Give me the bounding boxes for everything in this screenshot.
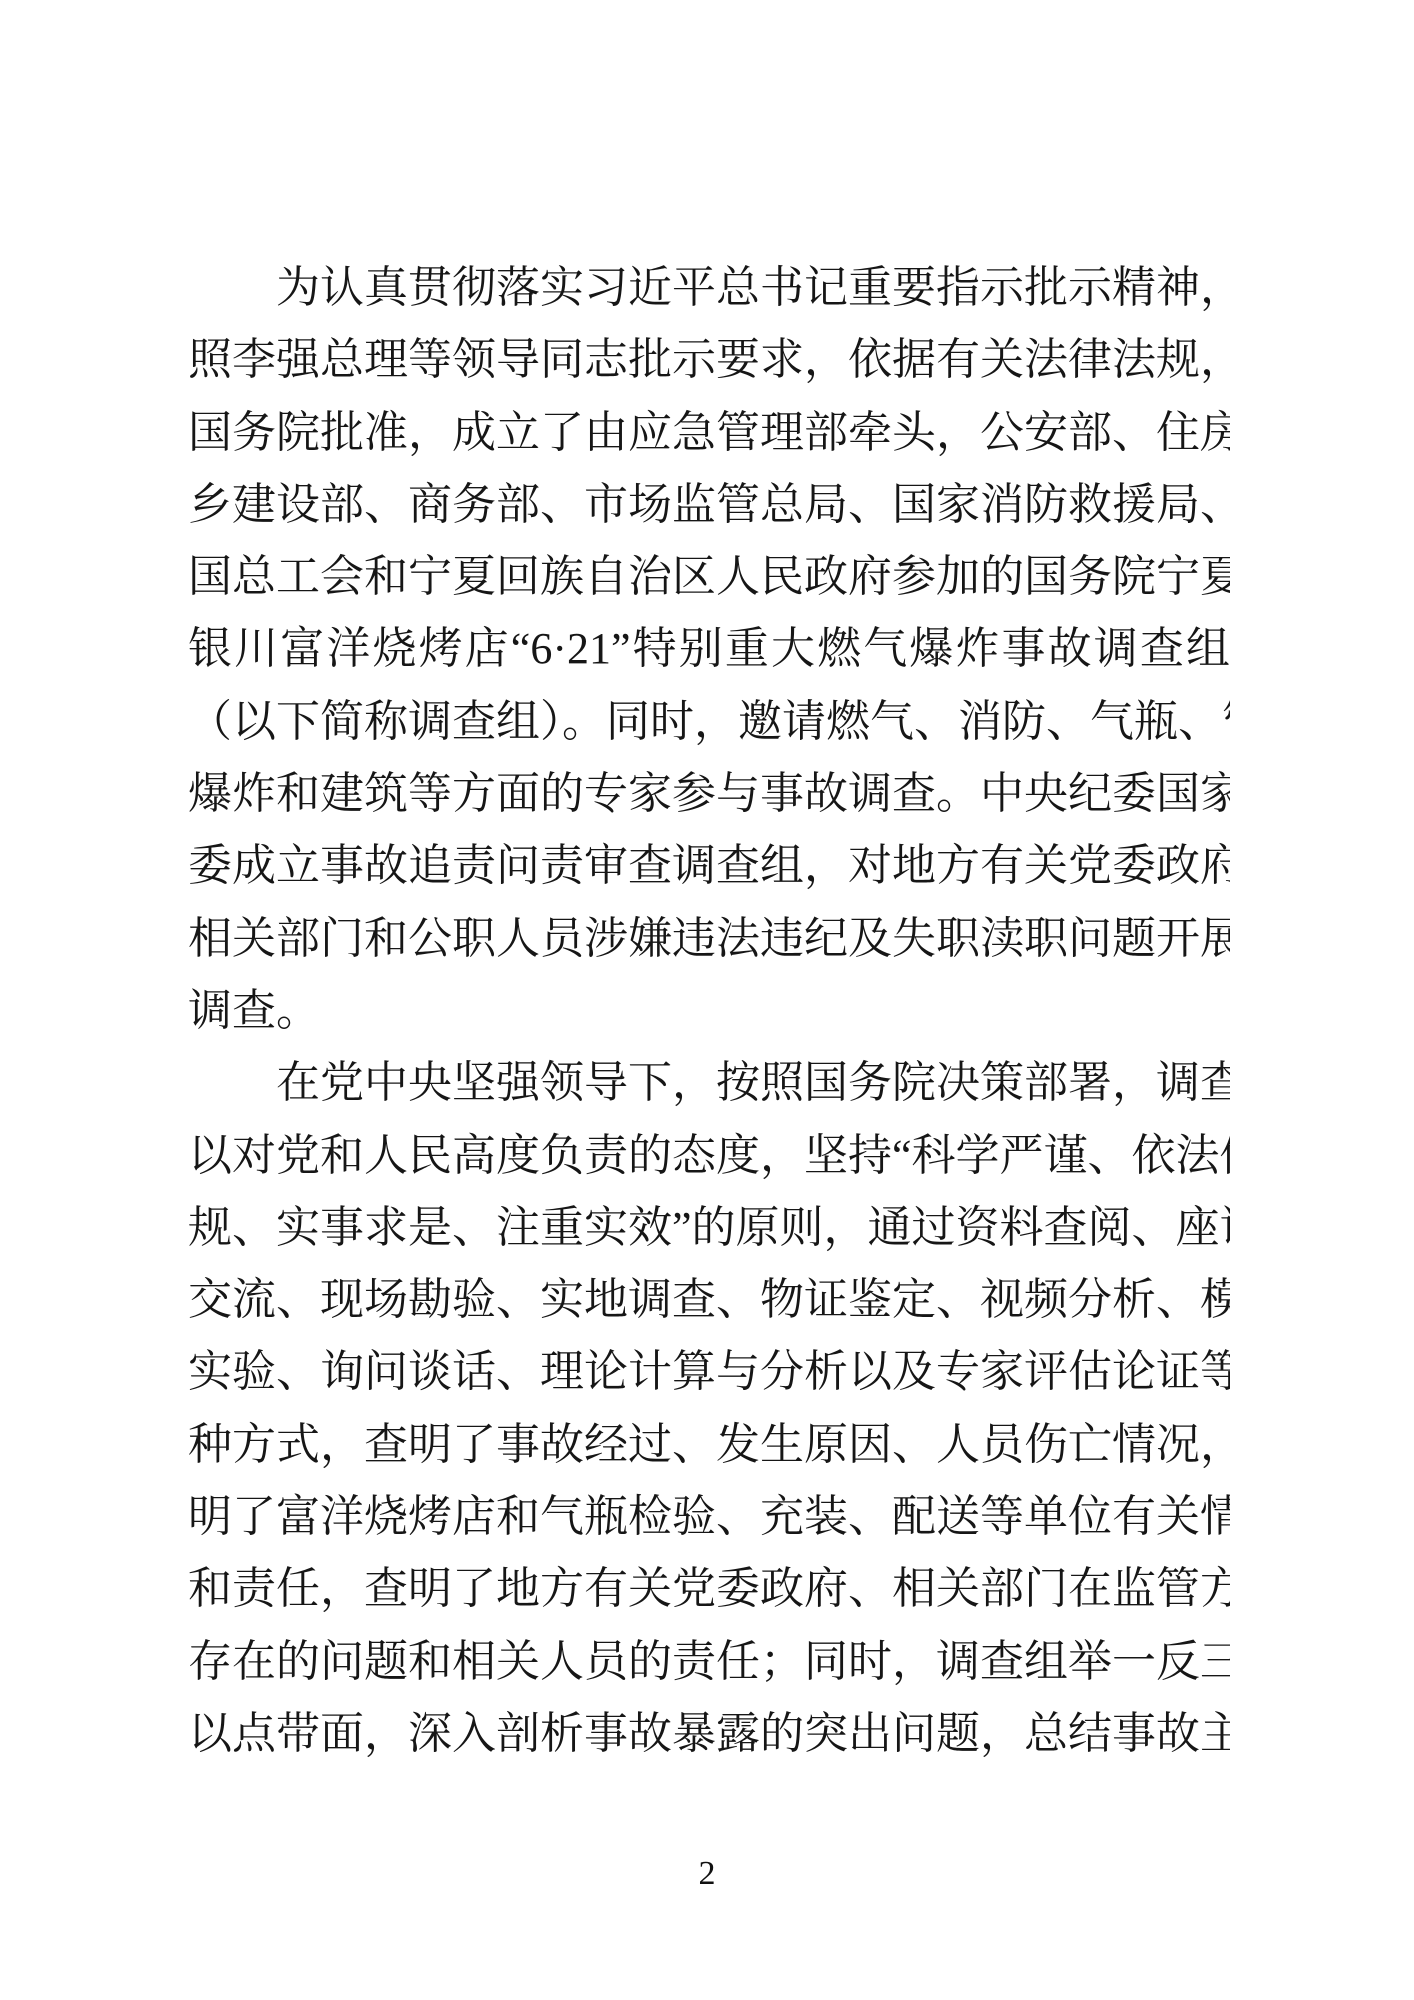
text-line: 明了富洋烧烤店和气瓶检验、充装、配送等单位有关情况 [188, 1481, 1230, 1553]
text-line: 交流、现场勘验、实地调查、物证鉴定、视频分析、模拟 [188, 1264, 1230, 1336]
text-line: 以对党和人民高度负责的态度，坚持“科学严谨、依法依 [188, 1120, 1230, 1192]
text-line: 为认真贯彻落实习近平总书记重要指示批示精神，按 [188, 252, 1230, 324]
text-line: 规、实事求是、注重实效”的原则，通过资料查阅、座谈 [188, 1192, 1230, 1264]
text-line: 国务院批准，成立了由应急管理部牵头，公安部、住房城 [188, 397, 1230, 469]
text-line: 种方式，查明了事故经过、发生原因、人员伤亡情况，查 [188, 1409, 1230, 1481]
text-line: 调查。 [188, 975, 1230, 1047]
text-line: 在党中央坚强领导下，按照国务院决策部署，调查组 [188, 1047, 1230, 1119]
text-block: 为认真贯彻落实习近平总书记重要指示批示精神，按 照李强总理等领导同志批示要求，依… [188, 252, 1230, 1770]
text-line: （以下简称调查组）。同时，邀请燃气、消防、气瓶、管阀、 [188, 686, 1230, 758]
text-line: 国总工会和宁夏回族自治区人民政府参加的国务院宁夏 [188, 541, 1230, 613]
text-line: 以点带面，深入剖析事故暴露的突出问题，总结事故主要 [188, 1698, 1230, 1770]
text-line: 存在的问题和相关人员的责任；同时，调查组举一反三、 [188, 1626, 1230, 1698]
text-line: 相关部门和公职人员涉嫌违法违纪及失职渎职问题开展 [188, 903, 1230, 975]
text-line: 爆炸和建筑等方面的专家参与事故调查。中央纪委国家监 [188, 758, 1230, 830]
text-line: 乡建设部、商务部、市场监管总局、国家消防救援局、全 [188, 469, 1230, 541]
text-line: 银川富洋烧烤店“6·21”特别重大燃气爆炸事故调查组 [188, 613, 1230, 685]
document-page: 为认真贯彻落实习近平总书记重要指示批示精神，按 照李强总理等领导同志批示要求，依… [0, 0, 1414, 2000]
page-number: 2 [0, 1854, 1414, 1894]
text-line: 实验、询问谈话、理论计算与分析以及专家评估论证等多 [188, 1336, 1230, 1408]
text-line: 委成立事故追责问责审查调查组，对地方有关党委政府、 [188, 830, 1230, 902]
text-line: 照李强总理等领导同志批示要求，依据有关法律法规，经 [188, 324, 1230, 396]
text-line: 和责任，查明了地方有关党委政府、相关部门在监管方面 [188, 1553, 1230, 1625]
